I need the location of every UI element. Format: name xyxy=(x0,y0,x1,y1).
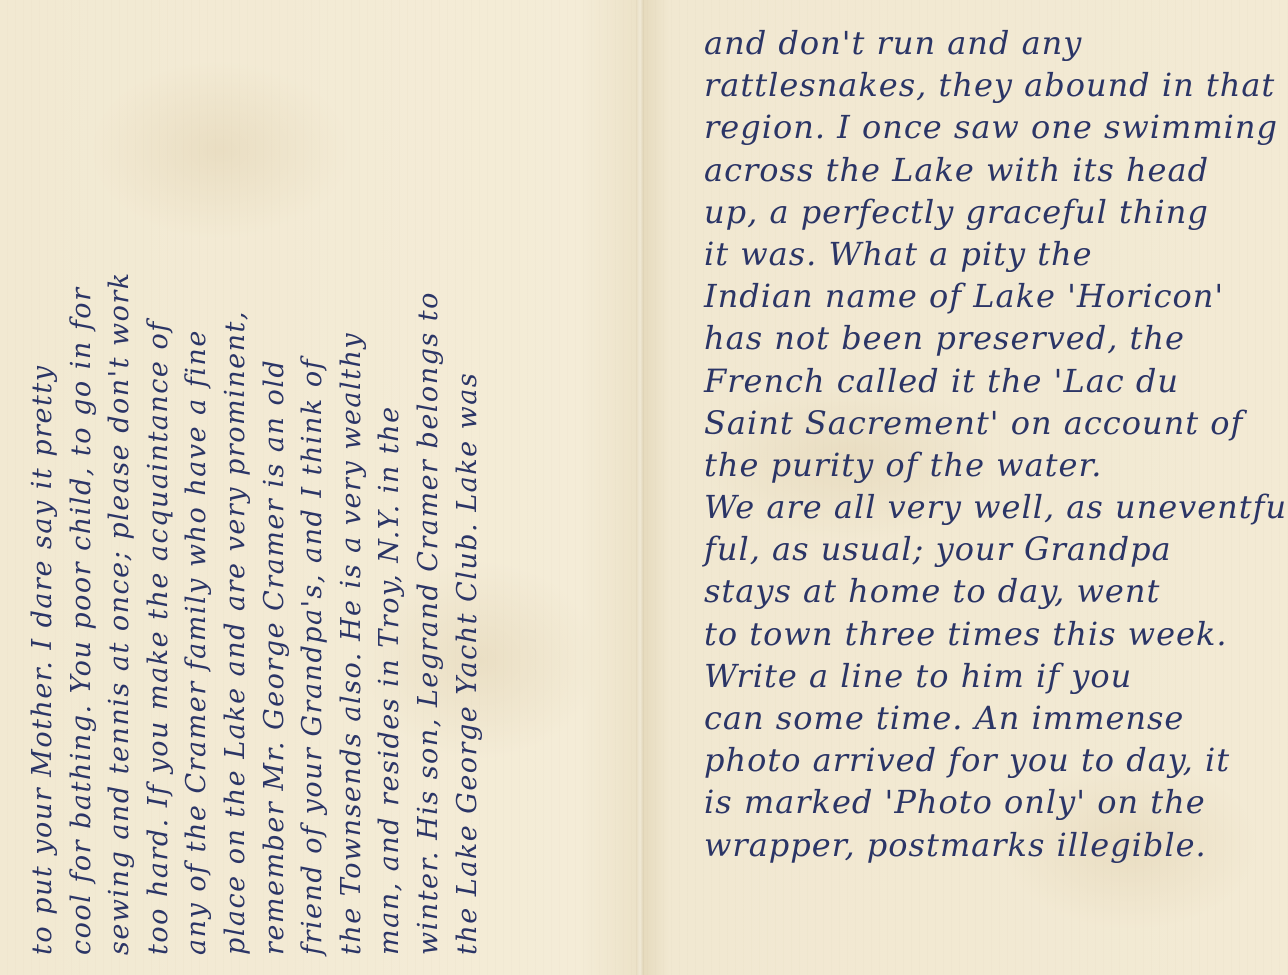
handwritten-line: region. I once saw one swimming xyxy=(704,106,1258,148)
handwritten-line: stays at home to day, went xyxy=(704,570,1258,612)
handwritten-line: Write a line to him if you xyxy=(704,655,1258,697)
handwritten-line: sewing and tennis at once; please don't … xyxy=(101,40,140,955)
handwritten-line: and don't run and any xyxy=(704,22,1258,64)
left-page: to put your Mother. I dare say it pretty… xyxy=(0,0,640,975)
handwritten-line: up, a perfectly graceful thing xyxy=(704,191,1258,233)
rotated-text-block: to put your Mother. I dare say it pretty… xyxy=(0,0,640,975)
handwritten-line: any of the Cramer family who have a fine xyxy=(178,40,217,955)
handwritten-line: is marked 'Photo only' on the xyxy=(704,781,1258,823)
handwritten-line: French called it the 'Lac du xyxy=(704,360,1258,402)
handwritten-line: the Townsends also. He is a very wealthy xyxy=(333,40,372,955)
right-page: and don't run and any rattlesnakes, they… xyxy=(640,0,1288,975)
handwritten-line: to town three times this week. xyxy=(704,613,1258,655)
handwritten-line: across the Lake with its head xyxy=(704,149,1258,191)
handwritten-line: We are all very well, as uneventful xyxy=(704,486,1258,528)
letter-sheet: to put your Mother. I dare say it pretty… xyxy=(0,0,1288,975)
handwritten-line: Indian name of Lake 'Horicon' xyxy=(704,275,1258,317)
handwritten-line: can some time. An immense xyxy=(704,697,1258,739)
handwritten-line: it was. What a pity the xyxy=(704,233,1258,275)
handwritten-line: friend of your Grandpa's, and I think of xyxy=(294,40,333,955)
handwritten-line: Saint Sacrement' on account of xyxy=(704,402,1258,444)
handwritten-line: man, and resides in Troy, N.Y. in the xyxy=(371,40,410,955)
handwritten-line: rattlesnakes, they abound in that xyxy=(704,64,1258,106)
handwritten-line: photo arrived for you to day, it xyxy=(704,739,1258,781)
handwritten-line: cool for bathing. You poor child, to go … xyxy=(63,40,102,955)
handwritten-line: too hard. If you make the acquaintance o… xyxy=(140,40,179,955)
handwritten-line: to put your Mother. I dare say it pretty xyxy=(24,40,63,955)
handwritten-line: winter. His son, Legrand Cramer belongs … xyxy=(410,40,449,955)
handwritten-line: the purity of the water. xyxy=(704,444,1258,486)
handwritten-line: wrapper, postmarks illegible. xyxy=(704,824,1258,866)
handwritten-line: ful, as usual; your Grandpa xyxy=(704,528,1258,570)
handwritten-line: remember Mr. George Cramer is an old xyxy=(256,40,295,955)
handwritten-line: the Lake George Yacht Club. Lake was xyxy=(449,40,488,955)
handwritten-line: has not been preserved, the xyxy=(704,317,1258,359)
handwritten-line: place on the Lake and are very prominent… xyxy=(217,40,256,955)
